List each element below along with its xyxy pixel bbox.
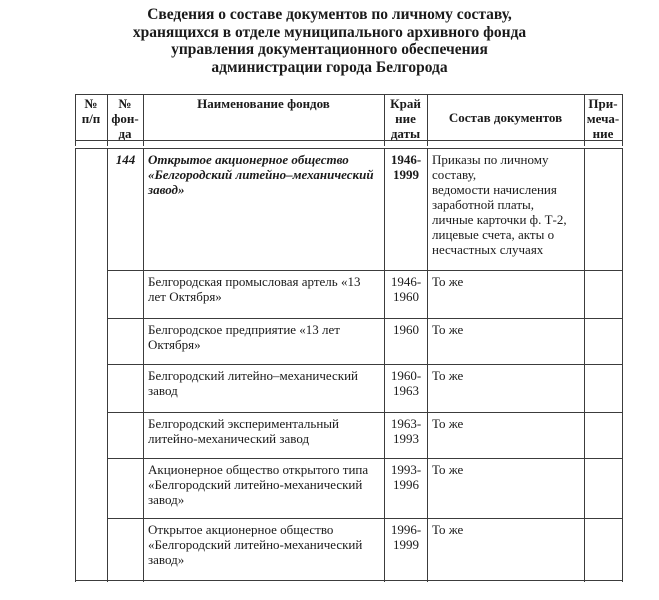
row-border (107, 412, 623, 413)
cell-name: Акционерное общество открытого типа «Бел… (148, 462, 380, 507)
title-line: управления документационного обеспечения (0, 41, 659, 59)
cell-dates: 1960 (389, 322, 423, 337)
cell-dates: 1946-1960 (389, 274, 423, 304)
header-num: №п/п (77, 96, 105, 126)
row-border (107, 270, 623, 271)
cell-docs: То же (432, 322, 580, 337)
cell-docs: То же (432, 274, 580, 289)
cell-docs: То же (432, 416, 580, 431)
header-fond-num: №фон-да (109, 96, 141, 141)
row-border (75, 580, 623, 581)
column-border (427, 148, 428, 582)
header-docs: Состав документов (429, 110, 582, 125)
cell-dates: 1996-1999 (389, 522, 423, 552)
title-line: администрации города Белгорода (0, 59, 659, 77)
header-dates: Крайниедаты (386, 96, 425, 141)
header-note: При-меча-ние (586, 96, 620, 141)
row-border (107, 518, 623, 519)
column-border (107, 148, 108, 582)
document-title: Сведения о составе документов по личному… (0, 6, 659, 76)
row-border (107, 318, 623, 319)
header-name: Наименование фондов (145, 96, 382, 111)
table-border (75, 148, 623, 149)
cell-name: Открытое акционерное общество «Белгородс… (148, 152, 380, 197)
cell-name: Белгородский экспериментальный литейно-м… (148, 416, 380, 446)
column-border (384, 94, 385, 146)
column-border (75, 148, 76, 582)
cell-docs: То же (432, 368, 580, 383)
cell-dates: 1963-1993 (389, 416, 423, 446)
cell-name: Белгородская промысловая артель «13 лет … (148, 274, 380, 304)
cell-fond-num: 144 (112, 152, 139, 167)
column-border (384, 148, 385, 582)
row-border (107, 364, 623, 365)
cell-docs: То же (432, 462, 580, 477)
table-border (75, 94, 623, 95)
column-border (75, 94, 76, 146)
cell-dates: 1946-1999 (389, 152, 423, 182)
row-border (107, 458, 623, 459)
cell-name: Белгородское предприятие «13 лет Октября… (148, 322, 380, 352)
title-line: Сведения о составе документов по личному… (0, 6, 659, 24)
column-border (622, 148, 623, 582)
cell-dates: 1993-1996 (389, 462, 423, 492)
column-border (427, 94, 428, 146)
cell-name: Открытое акционерное общество «Белгородс… (148, 522, 380, 567)
column-border (107, 94, 108, 146)
column-border (143, 94, 144, 146)
cell-dates: 1960-1963 (389, 368, 423, 398)
column-border (584, 94, 585, 146)
column-border (143, 148, 144, 582)
table-border (75, 140, 623, 141)
cell-name: Белгородский литейно–механический завод (148, 368, 380, 398)
cell-docs: Приказы по личному составу, ведомости на… (432, 152, 580, 257)
column-border (584, 148, 585, 582)
title-line: хранящихся в отделе муниципального архив… (0, 24, 659, 42)
cell-docs: То же (432, 522, 580, 537)
column-border (622, 94, 623, 146)
